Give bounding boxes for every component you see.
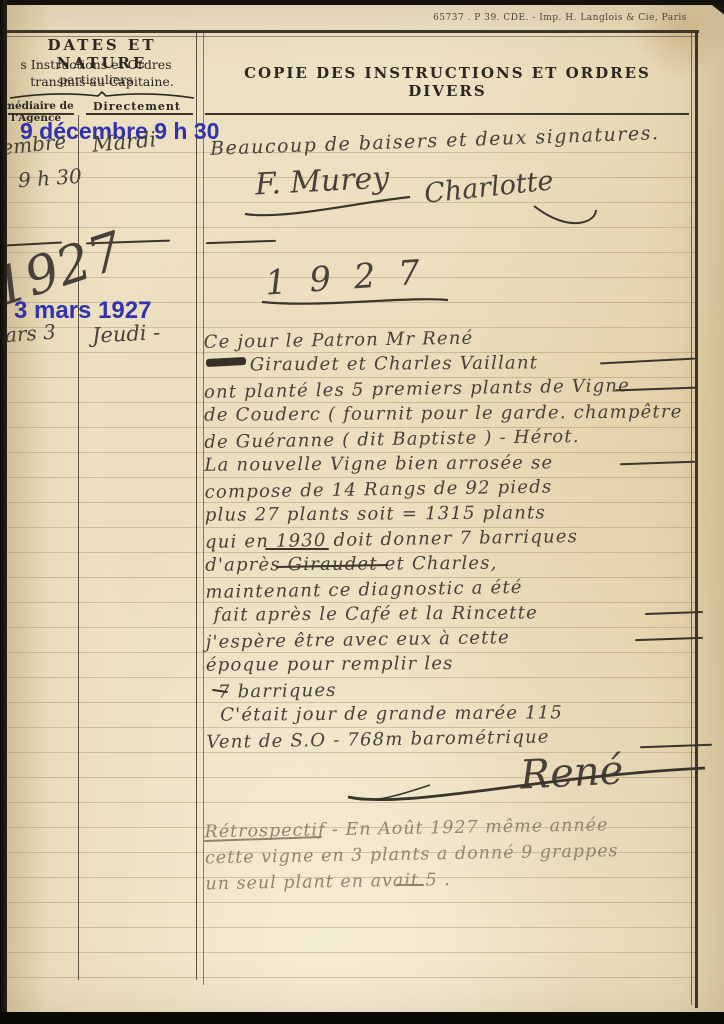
signature-charlotte-flourish (530, 200, 600, 234)
printer-mark: 65737 . P 39. CDE. - Imp. H. Langlois & … (420, 13, 700, 23)
march-day: Jeudi - (91, 320, 160, 348)
table-top-border (7, 30, 699, 33)
retro-note: Rétrospectif - En Août 1927 même année c… (204, 812, 700, 899)
scan-edge-top (0, 0, 724, 5)
scanned-logbook-page: 65737 . P 39. CDE. - Imp. H. Langlois & … (0, 0, 724, 1024)
main-header-title: COPIE DES INSTRUCTIONS ET ORDRES DIVERS (205, 64, 690, 100)
underline-five (396, 884, 424, 886)
left-header-subtitle2: transmis au Capitaine. (8, 74, 196, 89)
column-divider-dates-main (196, 30, 197, 980)
scan-edge-bottom (0, 1012, 724, 1024)
signature-rene-flourish (340, 755, 712, 810)
year-heading-flourish (258, 292, 453, 310)
subcol2-underline (86, 113, 193, 115)
main-title-underline (205, 113, 689, 115)
scan-edge-left (0, 0, 7, 1024)
signature-murey-flourish (240, 190, 415, 220)
march-date: mars 3 (0, 320, 57, 349)
column-header-directement: Directement (80, 100, 194, 113)
underline-1930 (265, 548, 329, 550)
december-time: 9 h 30 (17, 164, 82, 192)
